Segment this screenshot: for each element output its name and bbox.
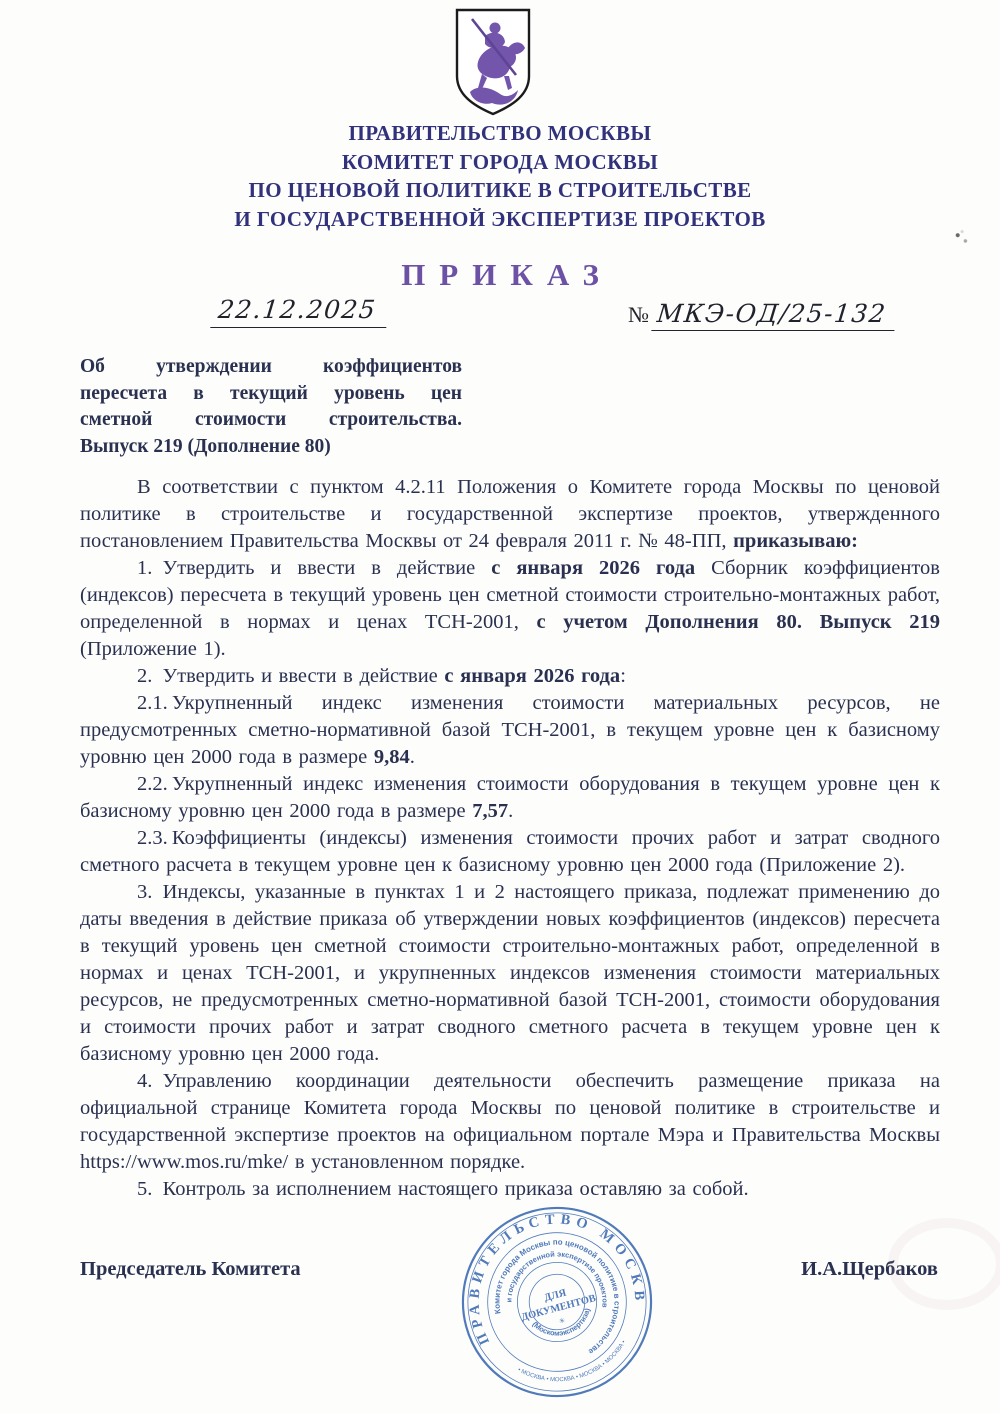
svg-text:✳: ✳ [558,1316,566,1325]
number-sign: № [628,302,649,327]
org-line-2: КОМИТЕТ ГОРОДА МОСКВЫ [0,148,1000,177]
document-page: ПРАВИТЕЛЬСТВО МОСКВЫ КОМИТЕТ ГОРОДА МОСК… [0,0,1000,1413]
scan-smudge [950,228,972,246]
official-stamp: ПРАВИТЕЛЬСТВО МОСКВЫ • МОСКВА • МОСКВА •… [458,1203,656,1401]
moscow-coat-of-arms-icon [452,6,534,118]
paragraph-intro: В соответствии с пунктом 4.2.11 Положени… [80,474,940,555]
order-item-1: 1. Утвердить и ввести в действие с январ… [80,555,940,663]
order-item-2: 2. Утвердить и ввести в действие с январ… [80,663,940,690]
order-number: №МКЭ-ОД/25-132 [628,299,896,331]
subject-line: Выпуск 219 (Дополнение 80) [80,434,462,461]
order-item-3: 3. Индексы, указанные в пунктах 1 и 2 на… [80,879,940,1068]
org-line-3: ПО ЦЕНОВОЙ ПОЛИТИКЕ В СТРОИТЕЛЬСТВЕ [0,176,1000,205]
order-item-2-2: 2.2. Укрупненный индекс изменения стоимо… [80,771,940,825]
order-item-4: 4. Управлению координации деятельности о… [80,1068,940,1176]
subject-line: пересчета в текущий уровень цен [80,381,462,408]
order-body: В соответствии с пунктом 4.2.11 Положени… [80,474,940,1203]
order-item-5: 5. Контроль за исполнением настоящего пр… [80,1176,940,1203]
subject-line: сметной стоимости строительства. [80,407,462,434]
signer-position: Председатель Комитета [80,1258,301,1281]
scan-ghost-circle [888,1218,1000,1310]
org-header: ПРАВИТЕЛЬСТВО МОСКВЫ КОМИТЕТ ГОРОДА МОСК… [0,119,1000,233]
document-title: ПРИКАЗ [0,257,1000,293]
org-line-1: ПРАВИТЕЛЬСТВО МОСКВЫ [0,119,1000,148]
org-line-4: И ГОСУДАРСТВЕННОЙ ЭКСПЕРТИЗЕ ПРОЕКТОВ [0,205,1000,234]
order-number-handwritten: МКЭ-ОД/25-132 [651,299,898,331]
subject-block: Об утверждении коэффициентов пересчета в… [80,354,462,460]
order-item-2-3: 2.3. Коэффициенты (индексы) изменения ст… [80,825,940,879]
order-item-2-1: 2.1. Укрупненный индекс изменения стоимо… [80,690,940,771]
subject-line: Об утверждении коэффициентов [80,354,462,381]
order-date-handwritten: 22.12.2025 [210,295,390,328]
